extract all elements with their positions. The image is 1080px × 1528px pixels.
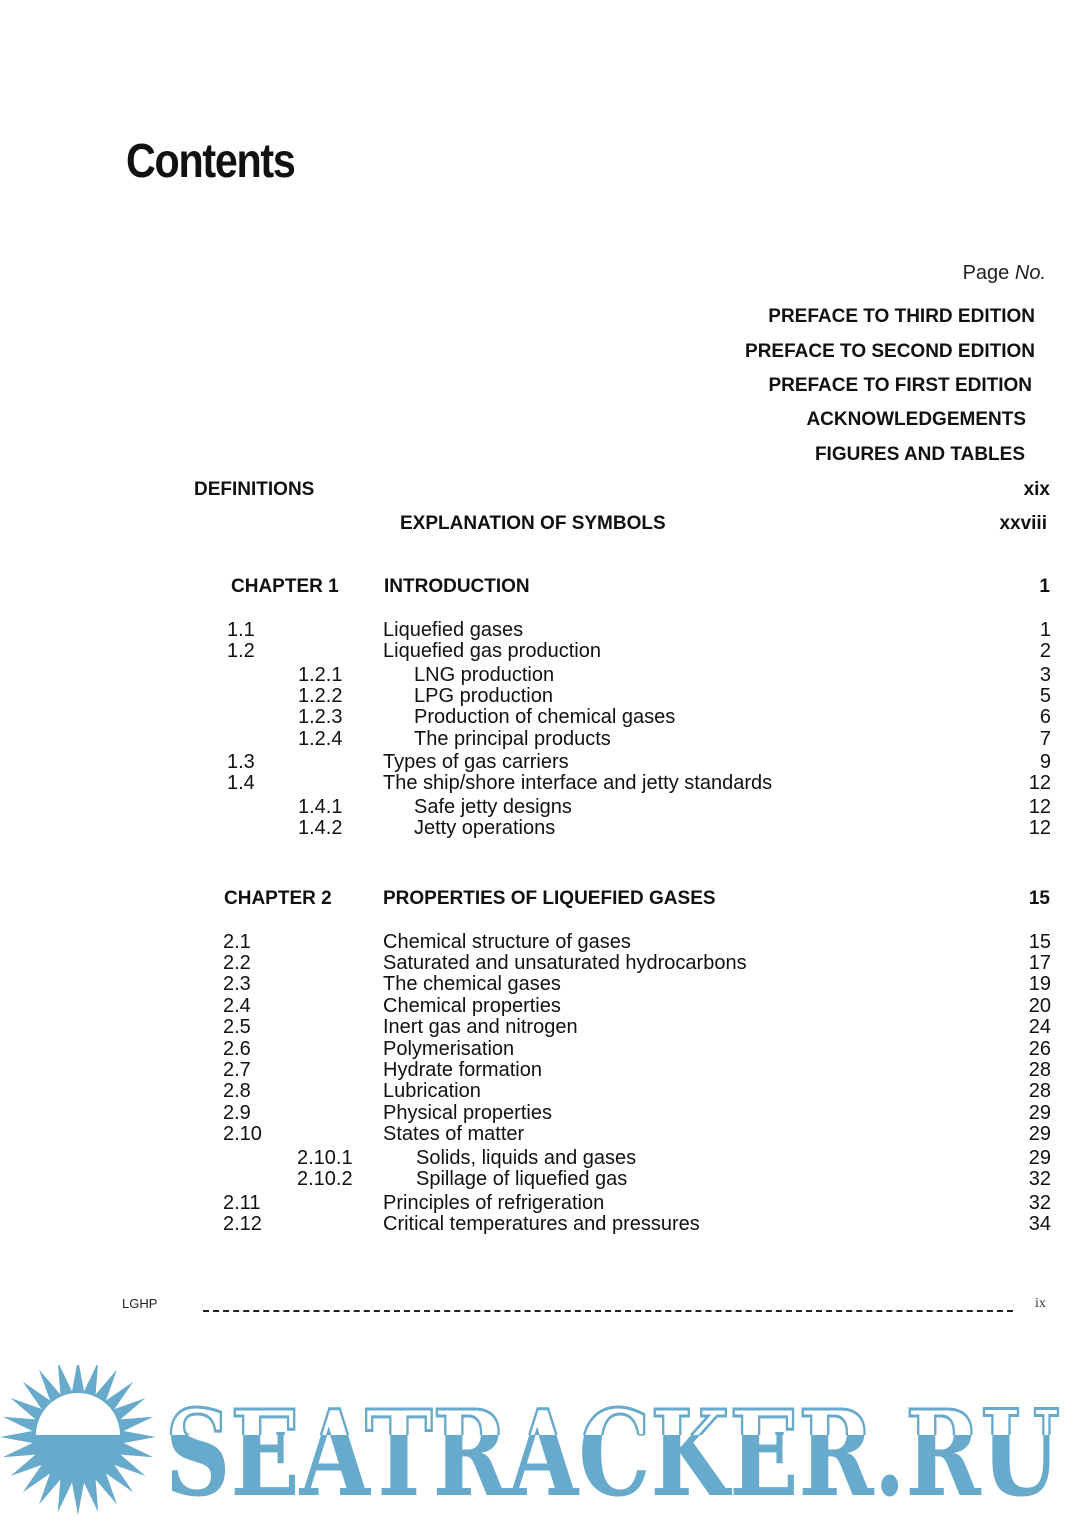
section-title[interactable]: Physical properties bbox=[383, 1103, 552, 1123]
section-page: 26 bbox=[1029, 1039, 1051, 1059]
toc-definitions-page: xix bbox=[1024, 479, 1050, 501]
section-number: 2.8 bbox=[223, 1081, 251, 1101]
footer-page-number: ix bbox=[1035, 1296, 1046, 1312]
section-page: 12 bbox=[1029, 818, 1051, 838]
section-page: 29 bbox=[1029, 1124, 1051, 1144]
section-number: 2.10 bbox=[223, 1124, 262, 1144]
section-number: 1.4 bbox=[227, 773, 255, 793]
section-page: 3 bbox=[1040, 665, 1051, 685]
section-number: 1.1 bbox=[227, 620, 255, 640]
section-title[interactable]: Production of chemical gases bbox=[414, 707, 675, 727]
toc-preface-first[interactable]: PREFACE TO FIRST EDITION bbox=[768, 375, 1032, 397]
section-page: 6 bbox=[1040, 707, 1051, 727]
chapter-title[interactable]: PROPERTIES OF LIQUEFIED GASES bbox=[383, 888, 716, 910]
section-number: 1.2 bbox=[227, 641, 255, 661]
section-number: 1.4.1 bbox=[298, 797, 342, 817]
section-title[interactable]: Polymerisation bbox=[383, 1039, 514, 1059]
section-page: 9 bbox=[1040, 752, 1051, 772]
section-number: 2.4 bbox=[223, 996, 251, 1016]
section-number: 2.1 bbox=[223, 932, 251, 952]
section-title[interactable]: Lubrication bbox=[383, 1081, 481, 1101]
section-page: 17 bbox=[1029, 953, 1051, 973]
chapter-title[interactable]: INTRODUCTION bbox=[384, 576, 530, 598]
section-title[interactable]: Chemical properties bbox=[383, 996, 561, 1016]
section-page: 29 bbox=[1029, 1103, 1051, 1123]
section-page: 7 bbox=[1040, 729, 1051, 749]
section-title[interactable]: Principles of refrigeration bbox=[383, 1193, 604, 1213]
section-title[interactable]: Hydrate formation bbox=[383, 1060, 542, 1080]
section-title[interactable]: The ship/shore interface and jetty stand… bbox=[383, 773, 772, 793]
watermark-logo: SEATRACKER.RU SEATRACKER.RU bbox=[0, 1365, 1080, 1515]
section-title[interactable]: Critical temperatures and pressures bbox=[383, 1214, 700, 1234]
toc-symbols[interactable]: EXPLANATION OF SYMBOLS bbox=[400, 513, 666, 535]
section-title[interactable]: LNG production bbox=[414, 665, 554, 685]
section-number: 1.2.1 bbox=[298, 665, 342, 685]
section-title[interactable]: Jetty operations bbox=[414, 818, 555, 838]
section-page: 28 bbox=[1029, 1081, 1051, 1101]
section-title[interactable]: Types of gas carriers bbox=[383, 752, 569, 772]
section-number: 2.5 bbox=[223, 1017, 251, 1037]
section-number: 1.2.4 bbox=[298, 729, 342, 749]
section-page: 32 bbox=[1029, 1193, 1051, 1213]
chapter-label[interactable]: CHAPTER 1 bbox=[231, 576, 339, 598]
section-page: 1 bbox=[1040, 620, 1051, 640]
page-number-header: Page No. bbox=[963, 262, 1046, 285]
toc-symbols-page: xxviii bbox=[999, 513, 1047, 535]
section-title[interactable]: Saturated and unsaturated hydrocarbons bbox=[383, 953, 747, 973]
chapter-label[interactable]: CHAPTER 2 bbox=[224, 888, 332, 910]
page-title: Contents bbox=[126, 134, 295, 189]
section-number: 2.12 bbox=[223, 1214, 262, 1234]
section-page: 24 bbox=[1029, 1017, 1051, 1037]
section-number: 2.10.1 bbox=[297, 1148, 353, 1168]
section-page: 32 bbox=[1029, 1169, 1051, 1189]
chapter-page: 1 bbox=[1039, 576, 1050, 598]
section-page: 5 bbox=[1040, 686, 1051, 706]
section-page: 28 bbox=[1029, 1060, 1051, 1080]
section-page: 2 bbox=[1040, 641, 1051, 661]
section-page: 20 bbox=[1029, 996, 1051, 1016]
section-number: 2.3 bbox=[223, 974, 251, 994]
toc-figures-tables[interactable]: FIGURES AND TABLES bbox=[815, 444, 1025, 466]
section-title[interactable]: Safe jetty designs bbox=[414, 797, 572, 817]
section-number: 2.2 bbox=[223, 953, 251, 973]
section-title[interactable]: The principal products bbox=[414, 729, 611, 749]
section-number: 2.11 bbox=[223, 1193, 260, 1213]
section-page: 15 bbox=[1029, 932, 1051, 952]
section-title[interactable]: States of matter bbox=[383, 1124, 524, 1144]
section-number: 1.4.2 bbox=[298, 818, 342, 838]
section-number: 1.2.3 bbox=[298, 707, 342, 727]
section-page: 34 bbox=[1029, 1214, 1051, 1234]
toc-preface-second[interactable]: PREFACE TO SECOND EDITION bbox=[745, 341, 1035, 363]
section-title[interactable]: Inert gas and nitrogen bbox=[383, 1017, 578, 1037]
page-word: Page bbox=[963, 262, 1010, 284]
section-title[interactable]: Chemical structure of gases bbox=[383, 932, 631, 952]
toc-acknowledgements[interactable]: ACKNOWLEDGEMENTS bbox=[806, 409, 1026, 431]
section-page: 19 bbox=[1029, 974, 1051, 994]
section-number: 2.10.2 bbox=[297, 1169, 353, 1189]
section-number: 2.9 bbox=[223, 1103, 251, 1123]
section-number: 2.7 bbox=[223, 1060, 251, 1080]
footer-left: LGHP bbox=[122, 1296, 157, 1311]
section-number: 2.6 bbox=[223, 1039, 251, 1059]
sun-icon bbox=[0, 1365, 156, 1515]
footer-rule bbox=[203, 1310, 1013, 1312]
section-page: 12 bbox=[1029, 773, 1051, 793]
section-title[interactable]: Solids, liquids and gases bbox=[416, 1148, 636, 1168]
toc-definitions[interactable]: DEFINITIONS bbox=[194, 479, 314, 501]
section-number: 1.2.2 bbox=[298, 686, 342, 706]
chapter-page: 15 bbox=[1029, 888, 1050, 910]
section-title[interactable]: LPG production bbox=[414, 686, 553, 706]
section-page: 12 bbox=[1029, 797, 1051, 817]
section-page: 29 bbox=[1029, 1148, 1051, 1168]
section-title[interactable]: The chemical gases bbox=[383, 974, 561, 994]
section-title[interactable]: Liquefied gas production bbox=[383, 641, 601, 661]
section-number: 1.3 bbox=[227, 752, 255, 772]
toc-preface-third[interactable]: PREFACE TO THIRD EDITION bbox=[768, 306, 1035, 328]
section-title[interactable]: Spillage of liquefied gas bbox=[416, 1169, 627, 1189]
section-title[interactable]: Liquefied gases bbox=[383, 620, 523, 640]
page-abbr: No. bbox=[1015, 262, 1046, 284]
